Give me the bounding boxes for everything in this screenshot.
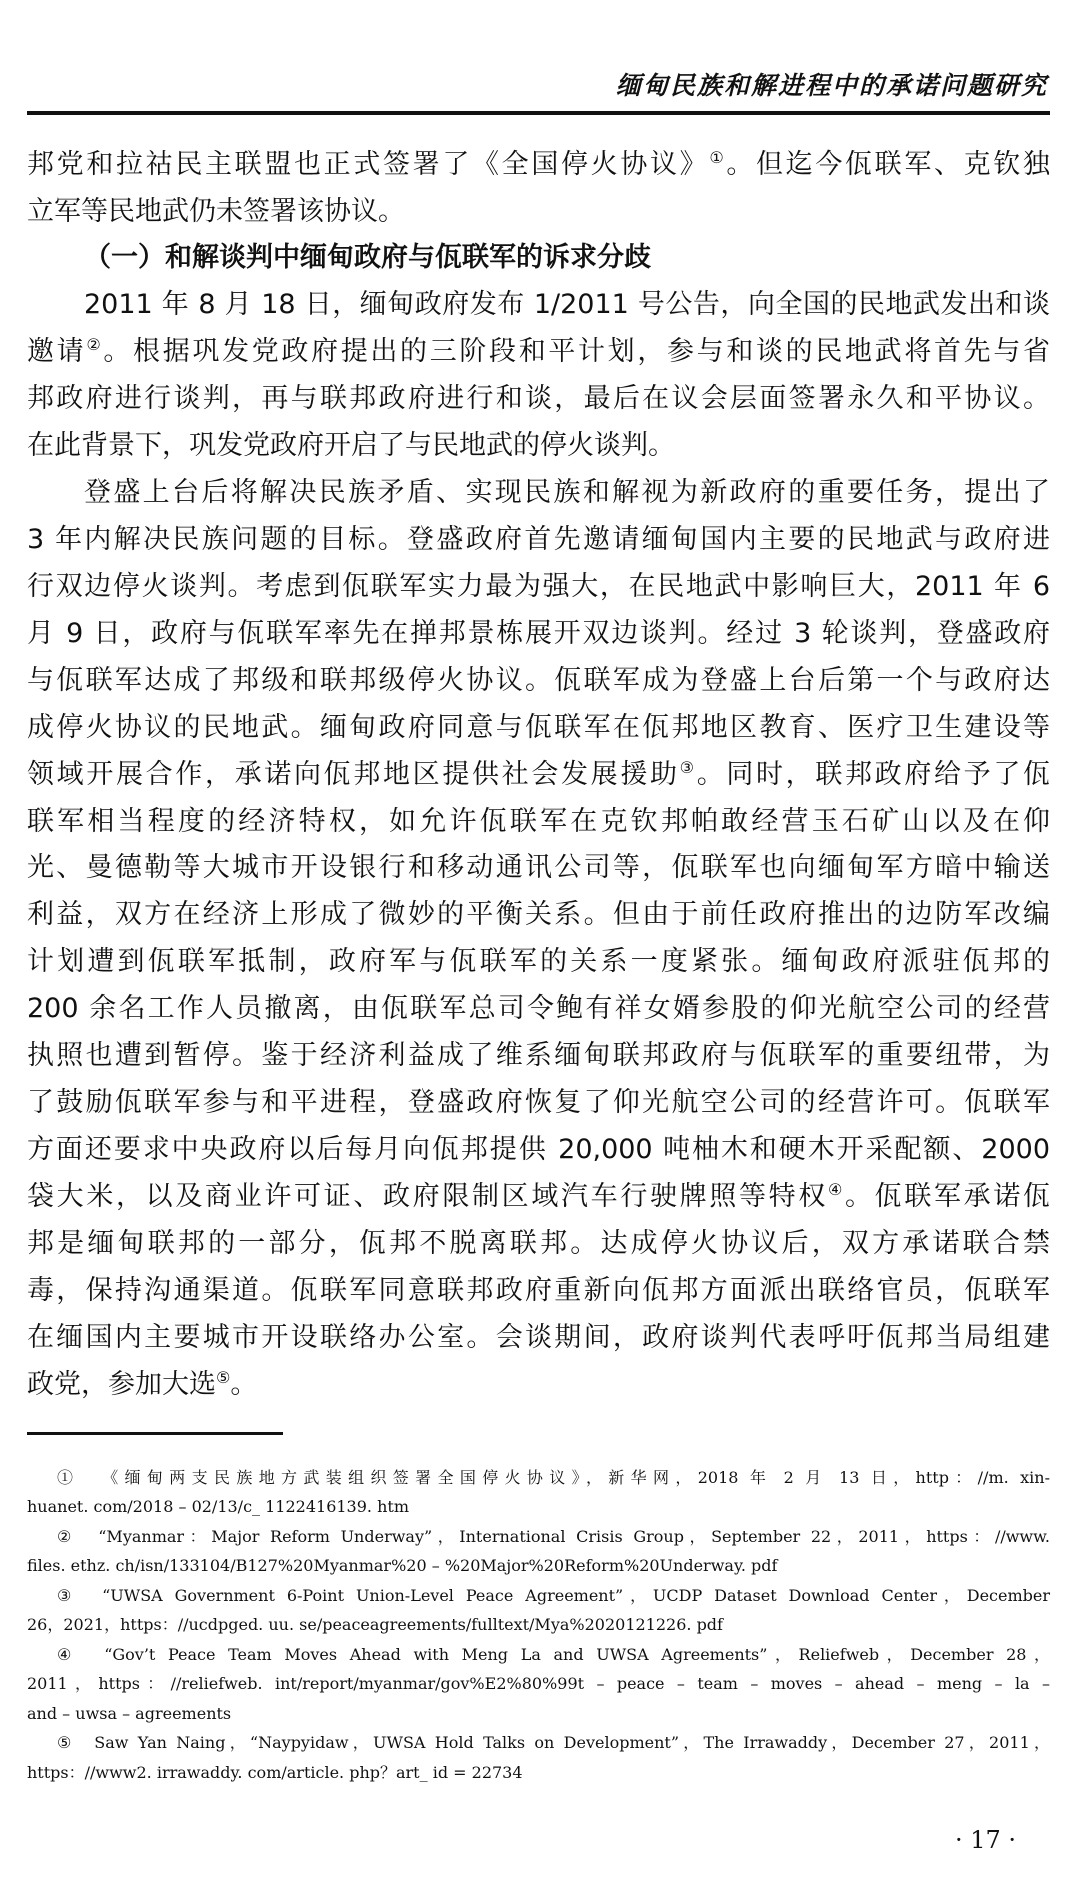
body-line: 邦政府进行谈判，再与联邦政府进行和谈，最后在议会层面签署永久和平协议。 bbox=[27, 379, 1050, 419]
line-text: 方面还要求中央政府以后每月向佤邦提供 20,000 吨柚木和硬木开采配额、200… bbox=[27, 1134, 1050, 1165]
body-line: 月 9 日，政府与佤联军率先在掸邦景栋展开双边谈判。经过 3 轮谈判，登盛政府 bbox=[27, 614, 1050, 654]
footnote-3-cont: 26，2021，https：//ucdpged. uu. se/peaceagr… bbox=[27, 1612, 1050, 1638]
running-head: 缅甸民族和解进程中的承诺问题研究 bbox=[616, 68, 1048, 104]
body-line: 执照也遭到暂停。鉴于经济利益成了维系缅甸联邦政府与佤联军的重要纽带，为 bbox=[27, 1036, 1050, 1076]
line-text: 邦政府进行谈判，再与联邦政府进行和谈，最后在议会层面签署永久和平协议。 bbox=[27, 383, 1050, 414]
document-page: 缅甸民族和解进程中的承诺问题研究 邦党和拉祜民主联盟也正式签署了《全国停火协议》… bbox=[0, 0, 1078, 1881]
line-text: 立军等民地武仍未签署该协议。 bbox=[27, 196, 405, 227]
footnote-link[interactable]: https：//www2. irrawaddy. com/article. ph… bbox=[27, 1763, 523, 1782]
body-line: 了鼓励佤联军参与和平进程，登盛政府恢复了仰光航空公司的经营许可。佤联军 bbox=[27, 1083, 1050, 1123]
line-text: 袋大米，以及商业许可证、政府限制区域汽车行驶牌照等特权 bbox=[27, 1181, 828, 1212]
body-line: 利益，双方在经济上形成了微妙的平衡关系。但由于前任政府推出的边防军改编 bbox=[27, 895, 1050, 935]
body-line: 袋大米，以及商业许可证、政府限制区域汽车行驶牌照等特权④。佤联军承诺佤 bbox=[27, 1177, 1050, 1217]
line-text: 在此背景下，巩发党政府开启了与民地武的停火谈判。 bbox=[27, 430, 675, 461]
line-text: 200 余名工作人员撤离，由佤联军总司令鲍有祥女婿参股的仰光航空公司的经营 bbox=[27, 993, 1050, 1024]
line-text: 。同时，联邦政府给予了佤 bbox=[697, 759, 1050, 790]
line-text: 月 9 日，政府与佤联军率先在掸邦景栋展开双边谈判。经过 3 轮谈判，登盛政府 bbox=[27, 618, 1050, 649]
footnote-ref-5[interactable]: ⑤ bbox=[216, 1368, 230, 1387]
body-line: 联军相当程度的经济特权，如允许佤联军在克钦邦帕敢经营玉石矿山以及在仰 bbox=[27, 802, 1050, 842]
body-line: 邦党和拉祜民主联盟也正式签署了《全国停火协议》①。但迄今佤联军、克钦独 bbox=[27, 145, 1050, 185]
line-text: 利益，双方在经济上形成了微妙的平衡关系。但由于前任政府推出的边防军改编 bbox=[27, 899, 1050, 930]
body-line: 毒，保持沟通渠道。佤联军同意联邦政府重新向佤邦方面派出联络官员，佤联军 bbox=[27, 1271, 1050, 1311]
line-text: 毒，保持沟通渠道。佤联军同意联邦政府重新向佤邦方面派出联络官员，佤联军 bbox=[27, 1275, 1050, 1306]
footnote-1-cont: huanet. com/2018 – 02/13/c_ 1122416139. … bbox=[27, 1494, 1050, 1520]
footnote-text: Saw Yan Naing，“Naypyidaw，UWSA Hold Talks… bbox=[94, 1733, 1050, 1752]
header-rule bbox=[27, 111, 1050, 115]
footnote-marker: ⑤ bbox=[57, 1733, 76, 1752]
footnote-5-cont: https：//www2. irrawaddy. com/article. ph… bbox=[27, 1760, 1050, 1786]
footnote-4-cont: 2011，https：//reliefweb. int/report/myanm… bbox=[27, 1671, 1050, 1697]
body-line: 2011 年 8 月 18 日，缅甸政府发布 1/2011 号公告，向全国的民地… bbox=[84, 285, 1050, 325]
line-text: 。 bbox=[230, 1369, 257, 1400]
footnote-text: “Myanmar：Major Reform Underway”，Internat… bbox=[98, 1527, 1050, 1546]
body-line: 3 年内解决民族问题的目标。登盛政府首先邀请缅甸国内主要的民地武与政府进 bbox=[27, 520, 1050, 560]
footnote-text: 《缅甸两支民族地方武装组织签署全国停火协议》，新华网，2018 年 2 月 13… bbox=[102, 1468, 1050, 1487]
line-text: 计划遭到佤联军抵制，政府军与佤联军的关系一度紧张。缅甸政府派驻佤邦的 bbox=[27, 946, 1050, 977]
body-line: 行双边停火谈判。考虑到佤联军实力最为强大，在民地武中影响巨大，2011 年 6 bbox=[27, 567, 1050, 607]
footnote-link[interactable]: files. ethz. ch/isn/133104/B127%20Myanma… bbox=[27, 1556, 777, 1575]
footnote-marker: ② bbox=[57, 1527, 77, 1546]
footnote-separator bbox=[27, 1432, 283, 1435]
footnote-marker: ③ bbox=[57, 1586, 78, 1605]
line-text: 。但迄今佤联军、克钦独 bbox=[726, 149, 1050, 180]
body-line: 邦是缅甸联邦的一部分，佤邦不脱离联邦。达成停火协议后，双方承诺联合禁 bbox=[27, 1224, 1050, 1264]
body-line: 领域开展合作，承诺向佤邦地区提供社会发展援助③。同时，联邦政府给予了佤 bbox=[27, 755, 1050, 795]
body-line: 成停火协议的民地武。缅甸政府同意与佤联军在佤邦地区教育、医疗卫生建设等 bbox=[27, 708, 1050, 748]
line-text: 了鼓励佤联军参与和平进程，登盛政府恢复了仰光航空公司的经营许可。佤联军 bbox=[27, 1087, 1050, 1118]
line-text: 3 年内解决民族问题的目标。登盛政府首先邀请缅甸国内主要的民地武与政府进 bbox=[27, 524, 1050, 555]
body-line: 方面还要求中央政府以后每月向佤邦提供 20,000 吨柚木和硬木开采配额、200… bbox=[27, 1130, 1050, 1170]
body-line: 在缅国内主要城市开设联络办公室。会谈期间，政府谈判代表呼吁佤邦当局组建 bbox=[27, 1318, 1050, 1358]
section-heading: （一）和解谈判中缅甸政府与佤联军的诉求分歧 bbox=[84, 238, 651, 278]
page-number: · 17 · bbox=[955, 1824, 1016, 1856]
line-text: 政党，参加大选 bbox=[27, 1369, 216, 1400]
line-text: 光、曼德勒等大城市开设银行和移动通讯公司等，佤联军也向缅甸军方暗中输送 bbox=[27, 852, 1050, 883]
footnote-link[interactable]: 26，2021，https：//ucdpged. uu. se/peaceagr… bbox=[27, 1615, 723, 1634]
line-text: 。佤联军承诺佤 bbox=[845, 1181, 1050, 1212]
footnote-text: “UWSA Government 6-Point Union-Level Pea… bbox=[102, 1586, 1050, 1605]
line-text: 邦是缅甸联邦的一部分，佤邦不脱离联邦。达成停火协议后，双方承诺联合禁 bbox=[27, 1228, 1050, 1259]
body-line: 立军等民地武仍未签署该协议。 bbox=[27, 192, 1050, 232]
line-text: 。根据巩发党政府提出的三阶段和平计划，参与和谈的民地武将首先与省 bbox=[103, 336, 1050, 367]
line-text: 行双边停火谈判。考虑到佤联军实力最为强大，在民地武中影响巨大，2011 年 6 bbox=[27, 571, 1050, 602]
footnote-text: “Gov’t Peace Team Moves Ahead with Meng … bbox=[104, 1645, 1050, 1664]
footnote-ref-1[interactable]: ① bbox=[709, 148, 726, 167]
body-line: 计划遭到佤联军抵制，政府军与佤联军的关系一度紧张。缅甸政府派驻佤邦的 bbox=[27, 942, 1050, 982]
footnote-2-cont: files. ethz. ch/isn/133104/B127%20Myanma… bbox=[27, 1553, 1050, 1579]
body-line: 在此背景下，巩发党政府开启了与民地武的停火谈判。 bbox=[27, 426, 1050, 466]
footnote-2: ② “Myanmar：Major Reform Underway”，Intern… bbox=[57, 1524, 1050, 1550]
line-text: 在缅国内主要城市开设联络办公室。会谈期间，政府谈判代表呼吁佤邦当局组建 bbox=[27, 1322, 1050, 1353]
footnote-link[interactable]: huanet. com/2018 – 02/13/c_ 1122416139. … bbox=[27, 1497, 409, 1516]
line-text: 邦党和拉祜民主联盟也正式签署了《全国停火协议》 bbox=[27, 149, 709, 180]
body-line: 200 余名工作人员撤离，由佤联军总司令鲍有祥女婿参股的仰光航空公司的经营 bbox=[27, 989, 1050, 1029]
footnote-5: ⑤ Saw Yan Naing，“Naypyidaw，UWSA Hold Tal… bbox=[57, 1730, 1050, 1756]
footnote-link[interactable]: and – uwsa – agreements bbox=[27, 1704, 231, 1723]
line-text: 邀请 bbox=[27, 336, 86, 367]
line-text: 2011 年 8 月 18 日，缅甸政府发布 1/2011 号公告，向全国的民地… bbox=[84, 289, 1050, 320]
footnote-4-cont: and – uwsa – agreements bbox=[27, 1701, 1050, 1727]
line-text: 联军相当程度的经济特权，如允许佤联军在克钦邦帕敢经营玉石矿山以及在仰 bbox=[27, 806, 1050, 837]
footnote-marker: ① bbox=[57, 1468, 79, 1487]
footnote-ref-3[interactable]: ③ bbox=[680, 758, 697, 777]
line-text: 执照也遭到暂停。鉴于经济利益成了维系缅甸联邦政府与佤联军的重要纽带，为 bbox=[27, 1040, 1050, 1071]
footnote-3: ③ “UWSA Government 6-Point Union-Level P… bbox=[57, 1583, 1050, 1609]
footnote-4: ④ “Gov’t Peace Team Moves Ahead with Men… bbox=[57, 1642, 1050, 1668]
body-line: 邀请②。根据巩发党政府提出的三阶段和平计划，参与和谈的民地武将首先与省 bbox=[27, 332, 1050, 372]
line-text: 与佤联军达成了邦级和联邦级停火协议。佤联军成为登盛上台后第一个与政府达 bbox=[27, 665, 1050, 696]
footnote-marker: ④ bbox=[57, 1645, 79, 1664]
footnote-ref-2[interactable]: ② bbox=[86, 335, 103, 354]
line-text: 登盛上台后将解决民族矛盾、实现民族和解视为新政府的重要任务，提出了 bbox=[84, 477, 1050, 508]
footnote-link[interactable]: 2011，https：//reliefweb. int/report/myanm… bbox=[27, 1674, 1050, 1693]
body-line: 光、曼德勒等大城市开设银行和移动通讯公司等，佤联军也向缅甸军方暗中输送 bbox=[27, 848, 1050, 888]
body-line: 政党，参加大选⑤。 bbox=[27, 1365, 1050, 1405]
line-text: 领域开展合作，承诺向佤邦地区提供社会发展援助 bbox=[27, 759, 680, 790]
body-line: 登盛上台后将解决民族矛盾、实现民族和解视为新政府的重要任务，提出了 bbox=[84, 473, 1050, 513]
line-text: 成停火协议的民地武。缅甸政府同意与佤联军在佤邦地区教育、医疗卫生建设等 bbox=[27, 712, 1050, 743]
body-line: 与佤联军达成了邦级和联邦级停火协议。佤联军成为登盛上台后第一个与政府达 bbox=[27, 661, 1050, 701]
footnote-1: ① 《缅甸两支民族地方武装组织签署全国停火协议》，新华网，2018 年 2 月 … bbox=[57, 1465, 1050, 1491]
footnote-ref-4[interactable]: ④ bbox=[828, 1180, 845, 1199]
